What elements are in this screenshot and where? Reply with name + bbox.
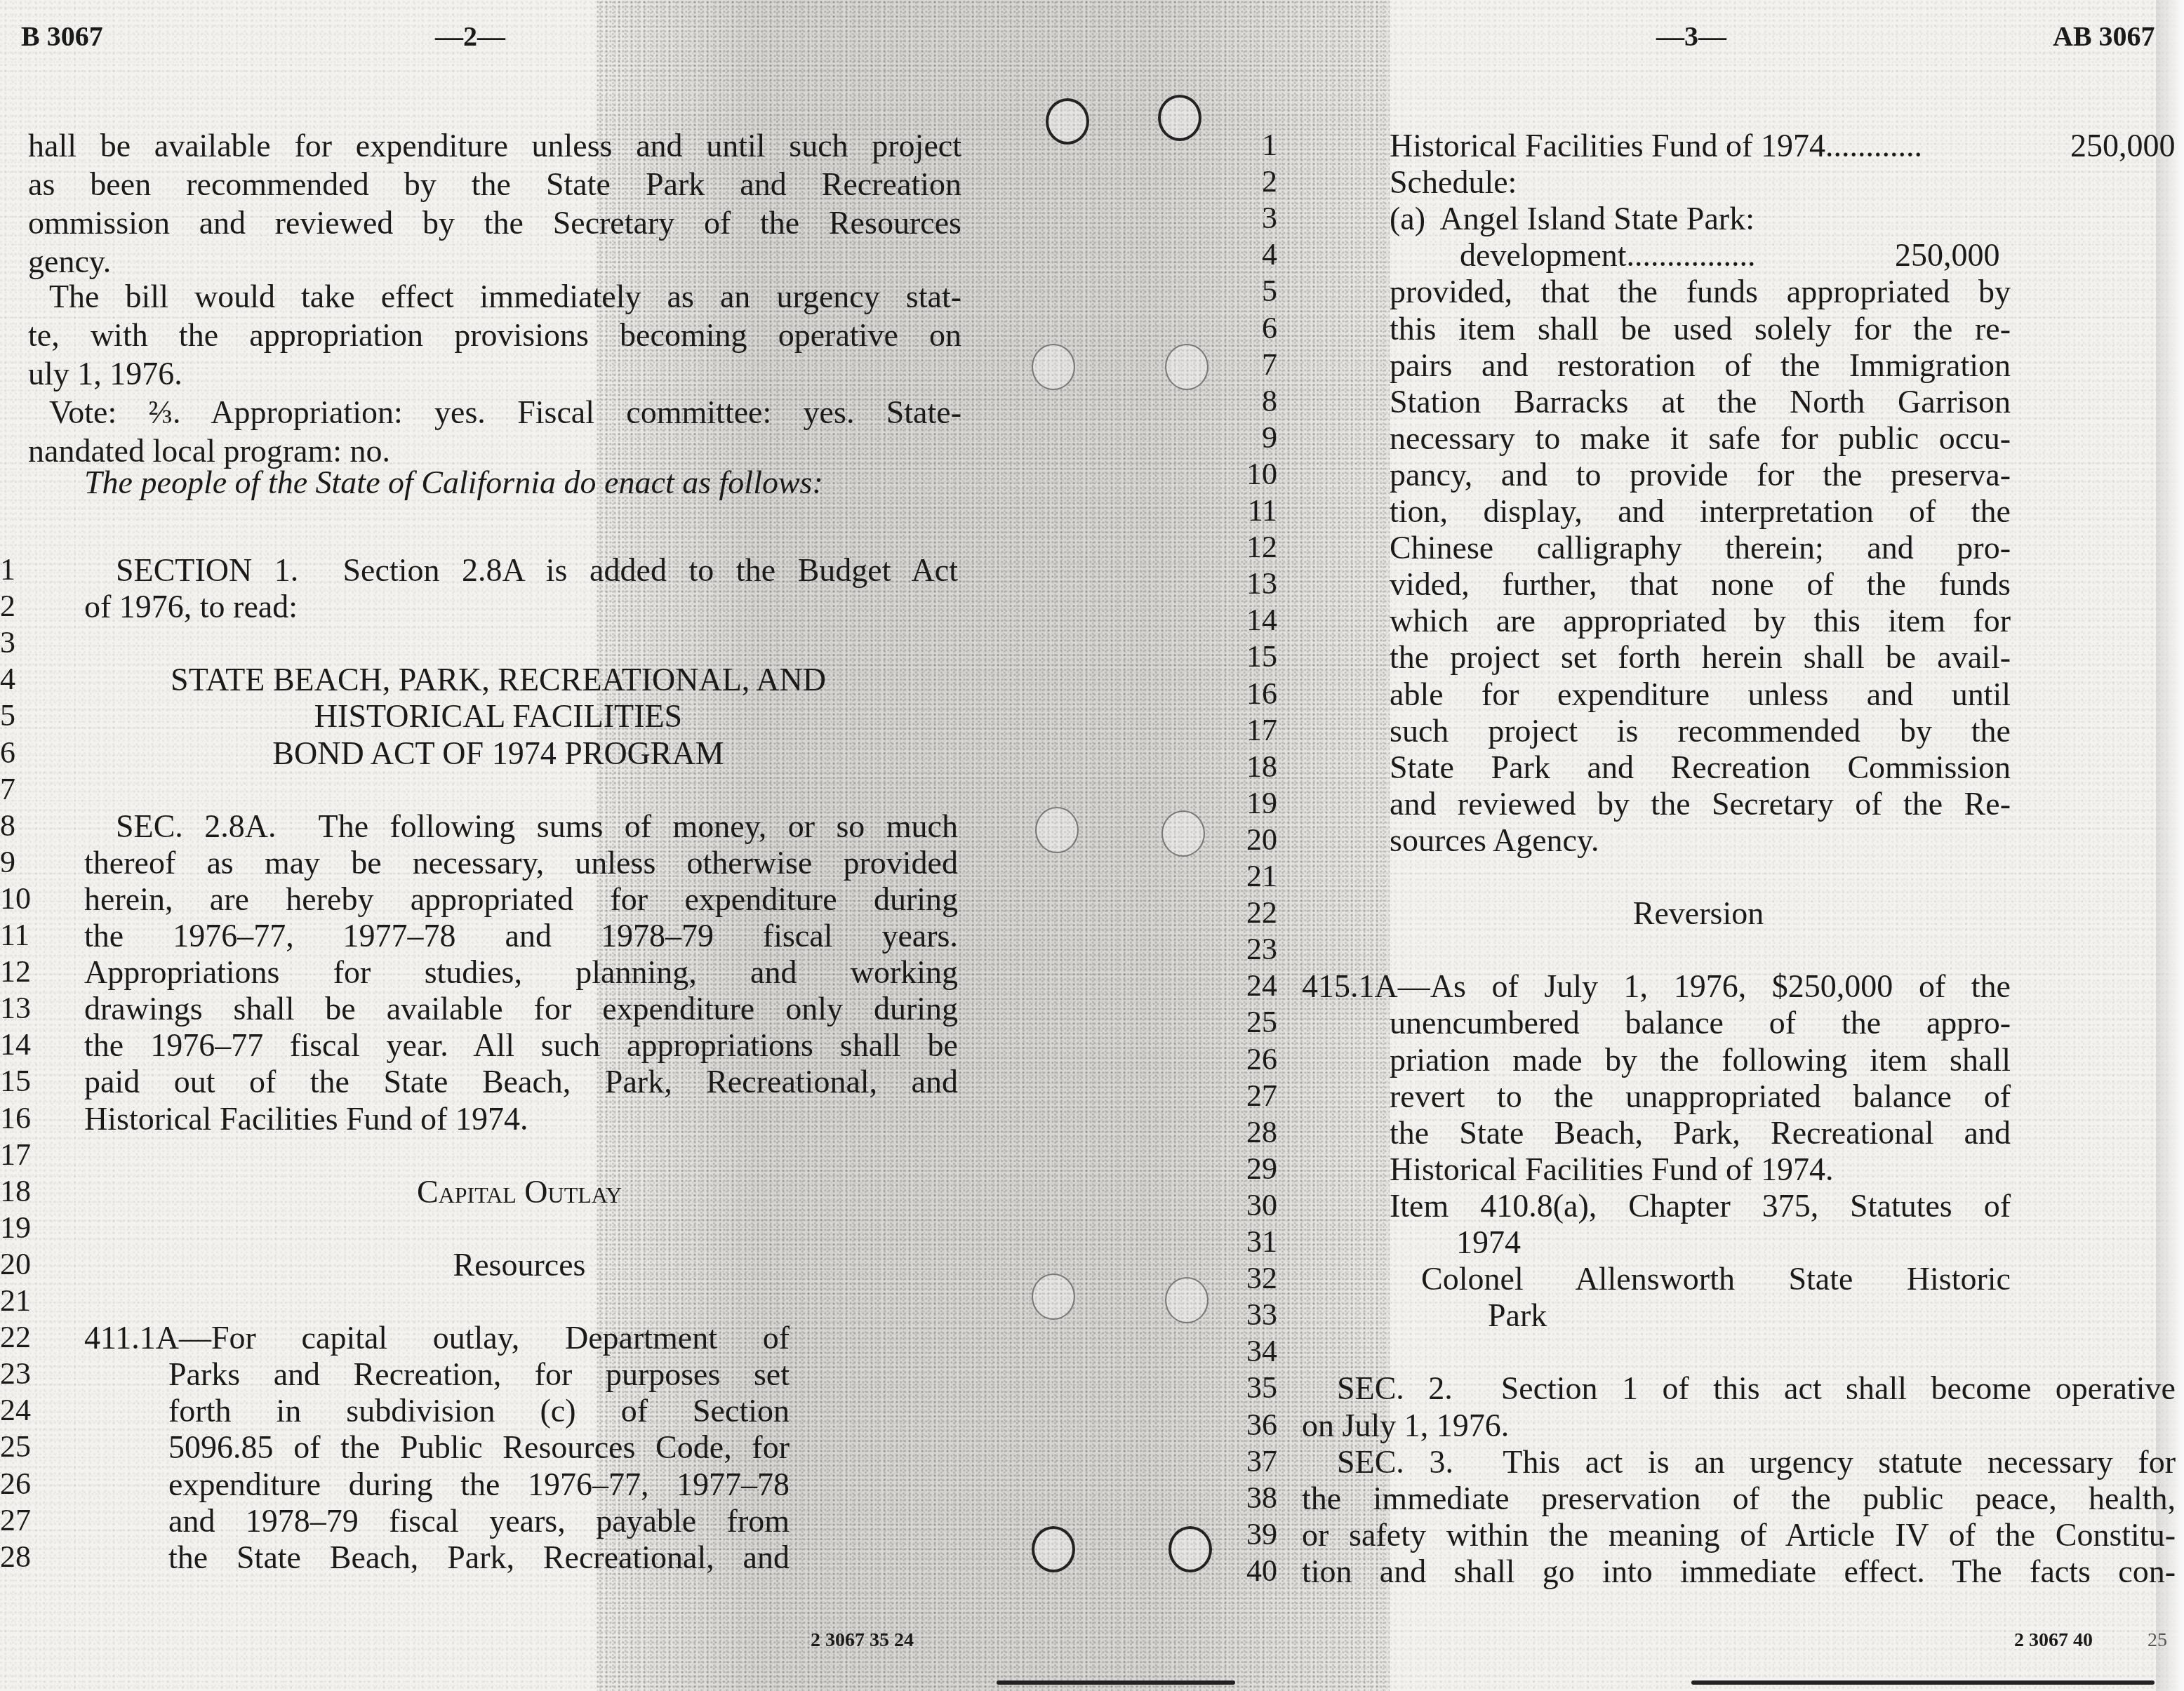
body-line: of 1976, to read:	[84, 591, 298, 623]
line-number: 26	[1235, 1044, 1277, 1075]
body-line: Item 410.8(a), Chapter 375, Statutes of	[1390, 1190, 2011, 1222]
body-line: SEC. 3. This act is an urgency statute n…	[1337, 1446, 2176, 1478]
body-line: thereof as may be necessary, unless othe…	[84, 847, 958, 879]
bill-number-right: AB 3067	[2053, 20, 2155, 53]
binder-hole-icon	[1158, 95, 1201, 141]
line-number: 1	[0, 554, 42, 585]
body-line: the State Beach, Park, Recreational, and	[168, 1542, 790, 1574]
digest-line: uly 1, 1976.	[28, 358, 182, 390]
binder-hole-icon	[1168, 1526, 1212, 1572]
digest-line: hall be available for expenditure unless…	[28, 130, 961, 162]
line-number: 12	[0, 956, 42, 987]
line-number: 37	[1235, 1446, 1277, 1477]
line-number: 5	[0, 700, 42, 731]
digest-line: gency.	[28, 246, 111, 278]
digest-line: te, with the appropriation provisions be…	[28, 319, 961, 352]
digest-line: Vote: ⅔. Appropriation: yes. Fiscal comm…	[49, 396, 961, 429]
line-number: 32	[1235, 1263, 1277, 1294]
line-number: 8	[1235, 386, 1277, 417]
line-number: 20	[0, 1249, 42, 1280]
line-number: 19	[1235, 788, 1277, 819]
line-number: 20	[1235, 824, 1277, 855]
body-line: Historical Facilities Fund of 1974......…	[1390, 130, 1922, 162]
line-number: 28	[1235, 1117, 1277, 1148]
body-line: tion, display, and interpretation of the	[1390, 495, 2011, 528]
body-line: this item shall be used solely for the r…	[1390, 313, 2011, 345]
body-line: priation made by the following item shal…	[1390, 1044, 2011, 1076]
line-number: 33	[1235, 1299, 1277, 1330]
body-line: State Park and Recreation Commission	[1390, 751, 2011, 784]
line-number: 16	[0, 1103, 42, 1134]
line-number: 5	[1235, 276, 1277, 307]
digest-line: ommission and reviewed by the Secretary …	[28, 207, 961, 239]
binder-hole-icon	[1032, 344, 1075, 390]
line-number: 2	[1235, 166, 1277, 197]
binder-hole-icon	[1035, 807, 1079, 853]
body-line: the project set forth herein shall be av…	[1390, 641, 2011, 674]
line-number: 40	[1235, 1556, 1277, 1586]
line-number: 11	[0, 920, 42, 951]
line-number: 7	[1235, 349, 1277, 380]
body-line: unencumbered balance of the appro-	[1390, 1007, 2011, 1039]
line-number: 15	[0, 1066, 42, 1097]
body-line: 1974	[1456, 1227, 1521, 1259]
page-edge	[2156, 0, 2184, 1691]
line-number: 6	[1235, 313, 1277, 344]
body-line: (a) Angel Island State Park:	[1390, 203, 1754, 235]
line-number: 16	[1235, 679, 1277, 709]
body-line: BOND ACT OF 1974 PROGRAM	[84, 737, 912, 770]
line-number: 10	[1235, 459, 1277, 490]
body-line: Schedule:	[1390, 166, 1517, 199]
line-number: 29	[1235, 1154, 1277, 1184]
body-line: able for expenditure unless and until	[1390, 679, 2011, 711]
body-line: Park	[1488, 1299, 1547, 1332]
binder-hole-icon	[1161, 810, 1205, 857]
binder-hole-icon	[1046, 98, 1089, 145]
line-number: 12	[1235, 532, 1277, 563]
line-number: 8	[0, 810, 42, 841]
body-line: the 1976–77, 1977–78 and 1978–79 fiscal …	[84, 920, 958, 952]
line-number: 22	[1235, 897, 1277, 928]
body-line: necessary to make it safe for public occ…	[1390, 422, 2011, 455]
line-number: 25	[1235, 1007, 1277, 1038]
line-number: 18	[1235, 751, 1277, 782]
body-line: or safety within the meaning of Article …	[1302, 1519, 2176, 1551]
line-number: 39	[1235, 1519, 1277, 1550]
body-line: and 1978–79 fiscal years, payable from	[168, 1505, 790, 1537]
body-line: pancy, and to provide for the preserva-	[1390, 459, 2011, 491]
body-line: pairs and restoration of the Immigration	[1390, 349, 2011, 382]
line-number: 9	[1235, 422, 1277, 453]
bill-number-left: B 3067	[21, 20, 103, 53]
body-line: herein, are hereby appropriated for expe…	[84, 883, 958, 916]
line-number: 34	[1235, 1336, 1277, 1367]
line-number: 1	[1235, 130, 1277, 161]
body-line: expenditure during the 1976–77, 1977–78	[168, 1469, 790, 1501]
footer-code-right: 2 3067 40	[2014, 1629, 2093, 1652]
footer-code-left: 2 3067 35 24	[811, 1629, 914, 1652]
line-number: 17	[1235, 715, 1277, 746]
body-line: such project is recommended by the	[1390, 715, 2011, 747]
scan-rule	[997, 1680, 1235, 1685]
body-line: STATE BEACH, PARK, RECREATIONAL, AND	[84, 664, 912, 696]
line-number: 6	[0, 737, 42, 768]
binder-hole-icon	[1032, 1526, 1075, 1572]
line-number: 28	[0, 1542, 42, 1572]
line-number: 3	[0, 627, 42, 658]
line-number: 19	[0, 1212, 42, 1243]
line-number: 14	[0, 1029, 42, 1060]
page-number-right: —3—	[1656, 20, 1726, 53]
body-line: on July 1, 1976.	[1302, 1410, 1509, 1442]
body-line: vided, further, that none of the funds	[1390, 568, 2011, 601]
body-line: tion and shall go into immediate effect.…	[1302, 1556, 2176, 1588]
line-number: 24	[0, 1395, 42, 1426]
scan-rule	[1691, 1680, 2155, 1685]
body-line: provided, that the funds appropriated by	[1390, 276, 2011, 308]
line-number: 36	[1235, 1410, 1277, 1441]
line-number: 3	[1235, 203, 1277, 234]
body-line: paid out of the State Beach, Park, Recre…	[84, 1066, 958, 1098]
line-number: 13	[0, 993, 42, 1024]
body-line: forth in subdivision (c) of Section	[168, 1395, 790, 1427]
body-line: Chinese calligraphy therein; and pro-	[1390, 532, 2011, 564]
body-line: 415.1A—As of July 1, 1976, $250,000 of t…	[1302, 970, 2011, 1003]
line-number: 4	[1235, 239, 1277, 270]
line-number: 18	[0, 1176, 42, 1207]
amount-value: 250,000	[1895, 239, 2000, 272]
line-number: 9	[0, 847, 42, 878]
line-number: 27	[0, 1505, 42, 1536]
body-line: Capital Outlay	[84, 1176, 954, 1208]
digest-line: nandated local program: no.	[28, 435, 390, 467]
line-number: 31	[1235, 1227, 1277, 1257]
footer-extra-right: 25	[2148, 1629, 2167, 1652]
body-line: Resources	[84, 1249, 954, 1281]
line-number: 24	[1235, 970, 1277, 1001]
body-line: 5096.85 of the Public Resources Code, fo…	[168, 1431, 790, 1464]
line-number: 27	[1235, 1081, 1277, 1111]
line-number: 10	[0, 883, 42, 914]
line-number: 11	[1235, 495, 1277, 526]
line-number: 2	[0, 591, 42, 622]
body-line: 411.1A—For capital outlay, Department of	[84, 1322, 790, 1354]
body-line: drawings shall be available for expendit…	[84, 993, 958, 1025]
body-line: Reversion	[1390, 897, 2007, 930]
body-line: Historical Facilities Fund of 1974.	[84, 1103, 528, 1135]
binder-hole-icon	[1032, 1274, 1075, 1320]
body-line: SEC. 2.8A. The following sums of money, …	[116, 810, 958, 843]
line-number: 26	[0, 1469, 42, 1499]
line-number: 14	[1235, 605, 1277, 636]
digest-line: The bill would take effect immediately a…	[49, 281, 961, 313]
body-line: the State Beach, Park, Recreational and	[1390, 1117, 2011, 1149]
amount-value: 250,000	[2070, 130, 2176, 162]
body-line: Parks and Recreation, for purposes set	[168, 1358, 790, 1391]
line-number: 15	[1235, 641, 1277, 672]
body-line: HISTORICAL FACILITIES	[84, 700, 912, 733]
line-number: 22	[0, 1322, 42, 1353]
line-number: 21	[1235, 861, 1277, 892]
digest-line: as been recommended by the State Park an…	[28, 168, 961, 201]
body-line: revert to the unappropriated balance of	[1390, 1081, 2011, 1113]
body-line: Historical Facilities Fund of 1974.	[1390, 1154, 1833, 1186]
binder-hole-icon	[1165, 344, 1208, 390]
line-number: 21	[0, 1285, 42, 1316]
body-line: Station Barracks at the North Garrison	[1390, 386, 2011, 418]
body-line: Colonel Allensworth State Historic	[1421, 1263, 2011, 1295]
body-line: sources Agency.	[1390, 824, 1599, 857]
line-number: 38	[1235, 1483, 1277, 1513]
line-number: 23	[1235, 934, 1277, 965]
body-line: the 1976–77 fiscal year. All such approp…	[84, 1029, 958, 1062]
line-number: 7	[0, 774, 42, 805]
line-number: 35	[1235, 1372, 1277, 1403]
body-line: and reviewed by the Secretary of the Re-	[1390, 788, 2011, 820]
line-number: 25	[0, 1431, 42, 1462]
enacting-clause: The people of the State of California do…	[84, 467, 823, 499]
line-number: 13	[1235, 568, 1277, 599]
body-line: development................	[1460, 239, 1756, 272]
page-number-left: —2—	[435, 20, 505, 53]
line-number: 4	[0, 664, 42, 695]
body-line: the immediate preservation of the public…	[1302, 1483, 2176, 1515]
body-line: which are appropriated by this item for	[1390, 605, 2011, 637]
line-number: 23	[0, 1358, 42, 1389]
body-line: SEC. 2. Section 1 of this act shall beco…	[1337, 1372, 2176, 1405]
binder-hole-icon	[1165, 1277, 1208, 1323]
body-line: SECTION 1. Section 2.8A is added to the …	[116, 554, 958, 587]
body-line: Appropriations for studies, planning, an…	[84, 956, 958, 989]
line-number: 17	[0, 1139, 42, 1170]
line-number: 30	[1235, 1190, 1277, 1221]
